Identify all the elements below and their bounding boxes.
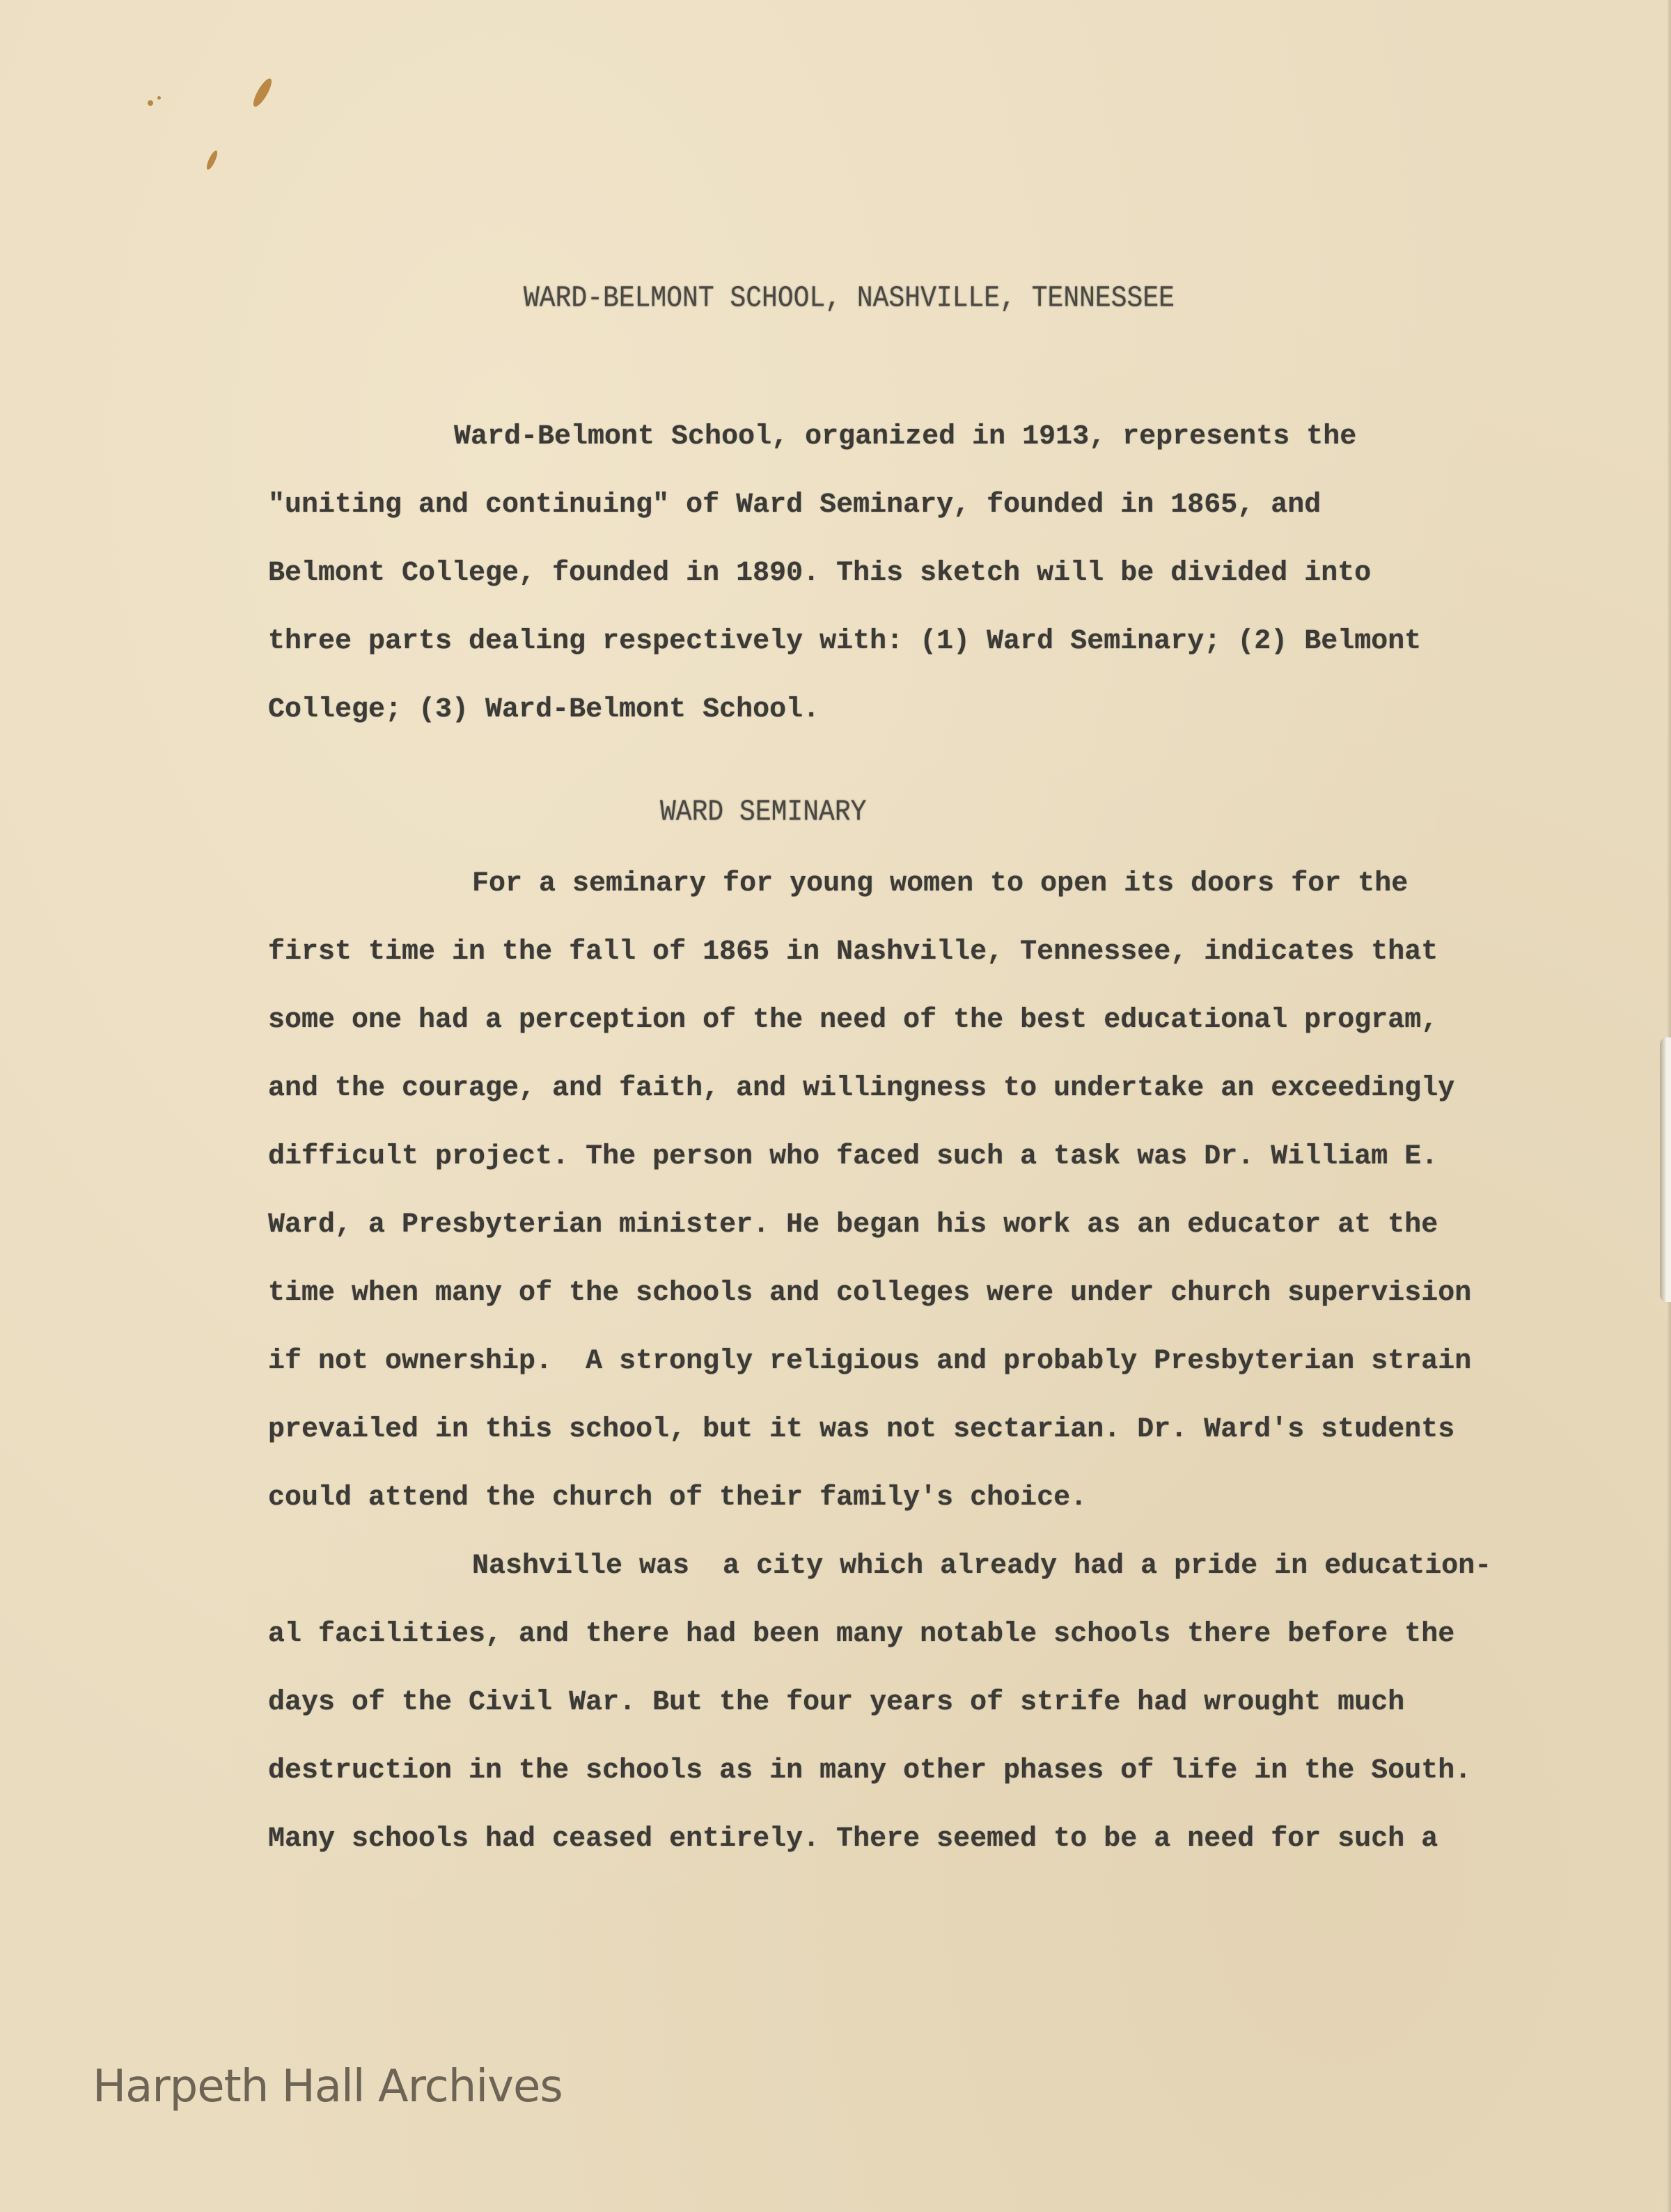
body-line: For a seminary for young women to open i… [472, 870, 1408, 898]
body-line: prevailed in this school, but it was not… [268, 1416, 1454, 1444]
body-line: three parts dealing respectively with: (… [268, 628, 1421, 656]
body-line: College; (3) Ward-Belmont School. [268, 696, 819, 724]
body-line: Many schools had ceased entirely. There … [268, 1826, 1438, 1853]
rust-stain-dot [157, 96, 161, 100]
document-title: WARD-BELMONT SCHOOL, NASHVILLE, TENNESSE… [524, 283, 1175, 315]
body-line: some one had a perception of the need of… [268, 1007, 1438, 1035]
body-line: and the courage, and faith, and willingn… [268, 1075, 1454, 1103]
body-line: time when many of the schools and colleg… [268, 1280, 1471, 1308]
section-heading: WARD SEMINARY [660, 797, 866, 829]
body-line: Ward-Belmont School, organized in 1913, … [454, 423, 1356, 451]
body-line: Belmont College, founded in 1890. This s… [268, 560, 1371, 588]
body-line: days of the Civil War. But the four year… [268, 1689, 1404, 1717]
body-line: "uniting and continuing" of Ward Seminar… [268, 492, 1321, 519]
body-line: if not ownership. A strongly religious a… [268, 1348, 1471, 1376]
rust-stain-dot [148, 100, 153, 106]
body-line: could attend the church of their family'… [268, 1484, 1087, 1512]
body-line: al facilities, and there had been many n… [268, 1621, 1454, 1649]
torn-paper-edge [1660, 1037, 1671, 1302]
body-line: destruction in the schools as in many ot… [268, 1757, 1471, 1785]
archive-watermark: Harpeth Hall Archives [93, 2061, 563, 2112]
body-line: first time in the fall of 1865 in Nashvi… [268, 939, 1438, 966]
body-line: Nashville was a city which already had a… [472, 1553, 1491, 1580]
body-line: difficult project. The person who faced … [268, 1143, 1438, 1171]
paper-page [0, 0, 1671, 2212]
body-line: Ward, a Presbyterian minister. He began … [268, 1211, 1438, 1239]
